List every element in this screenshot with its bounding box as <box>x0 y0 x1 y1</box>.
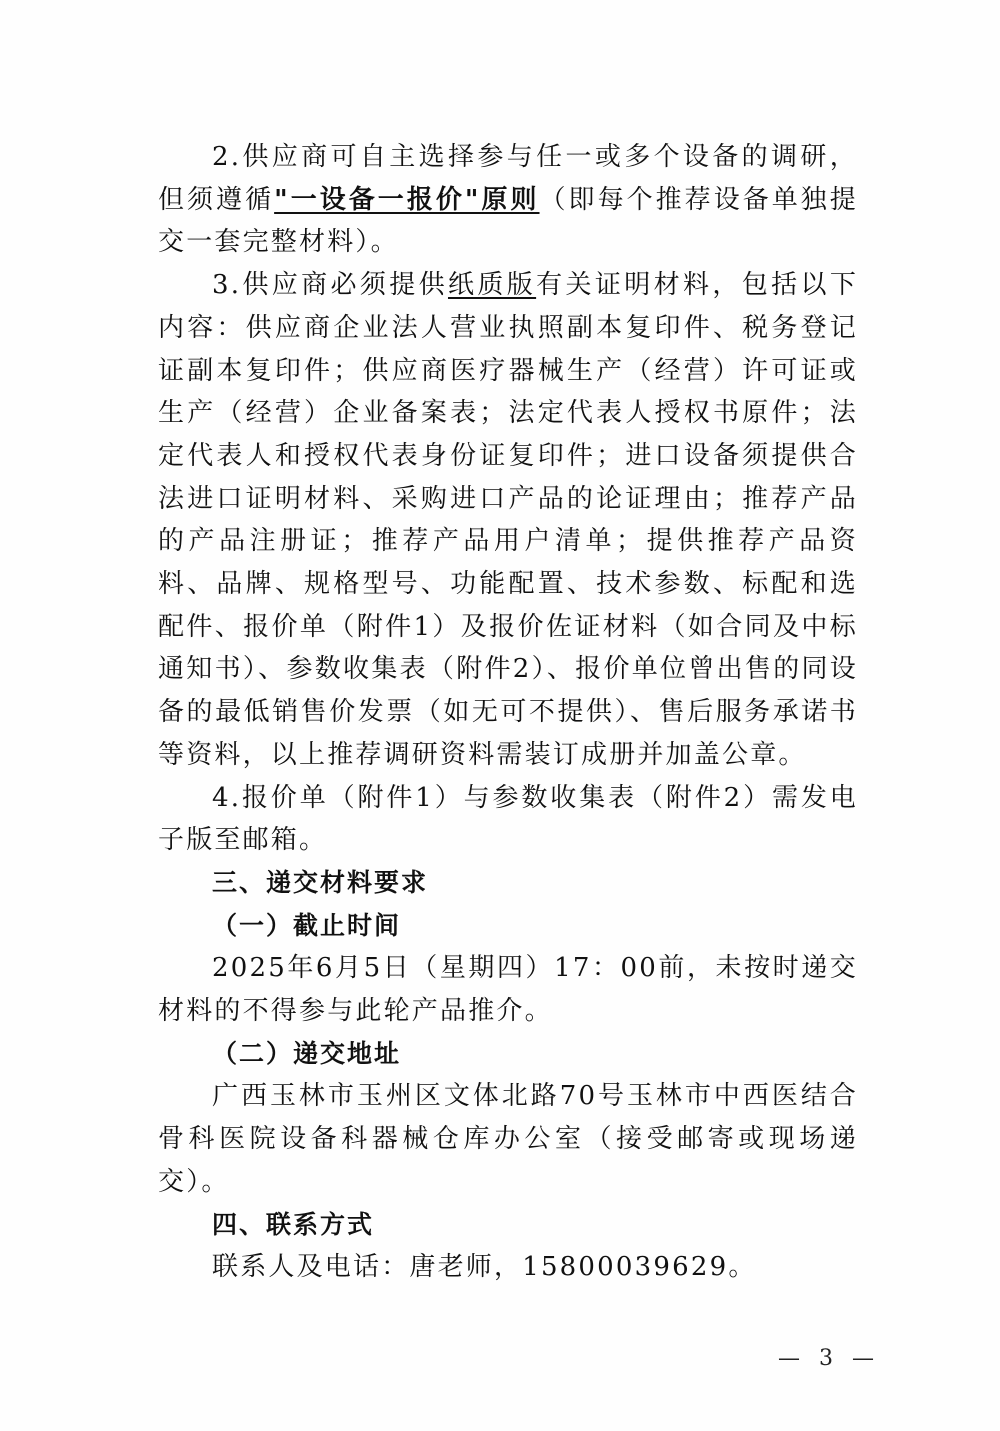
item-3-emphasis: 纸质版 <box>448 270 536 300</box>
document-body: 2.供应商可自主选择参与任一或多个设备的调研，但须遵循"一设备一报价"原则（即每… <box>158 136 858 1289</box>
page-number: — 3 — <box>778 1346 880 1371</box>
item-3-paragraph: 3.供应商必须提供纸质版有关证明材料，包括以下内容：供应商企业法人营业执照副本复… <box>158 264 858 776</box>
contact-paragraph: 联系人及电话：唐老师，15800039629。 <box>158 1246 858 1289</box>
item-3-suffix: 有关证明材料，包括以下内容：供应商企业法人营业执照副本复印件、税务登记证副本复印… <box>158 270 858 770</box>
item-2-emphasis: "一设备一报价"原则 <box>274 185 539 215</box>
section-3-sub1-heading: （一）截止时间 <box>158 905 858 948</box>
document-page: 2.供应商可自主选择参与任一或多个设备的调研，但须遵循"一设备一报价"原则（即每… <box>0 0 1000 1431</box>
section-3-sub2-heading: （二）递交地址 <box>158 1033 858 1076</box>
item-3-prefix: 3.供应商必须提供 <box>212 270 448 300</box>
section-3-heading: 三、递交材料要求 <box>158 862 858 905</box>
section-4-heading: 四、联系方式 <box>158 1204 858 1247</box>
item-4-paragraph: 4.报价单（附件1）与参数收集表（附件2）需发电子版至邮箱。 <box>158 777 858 862</box>
deadline-paragraph: 2025年6月5日（星期四）17：00前，未按时递交材料的不得参与此轮产品推介。 <box>158 947 858 1032</box>
address-paragraph: 广西玉林市玉州区文体北路70号玉林市中西医结合骨科医院设备科器械仓库办公室（接受… <box>158 1075 858 1203</box>
item-2-paragraph: 2.供应商可自主选择参与任一或多个设备的调研，但须遵循"一设备一报价"原则（即每… <box>158 136 858 264</box>
